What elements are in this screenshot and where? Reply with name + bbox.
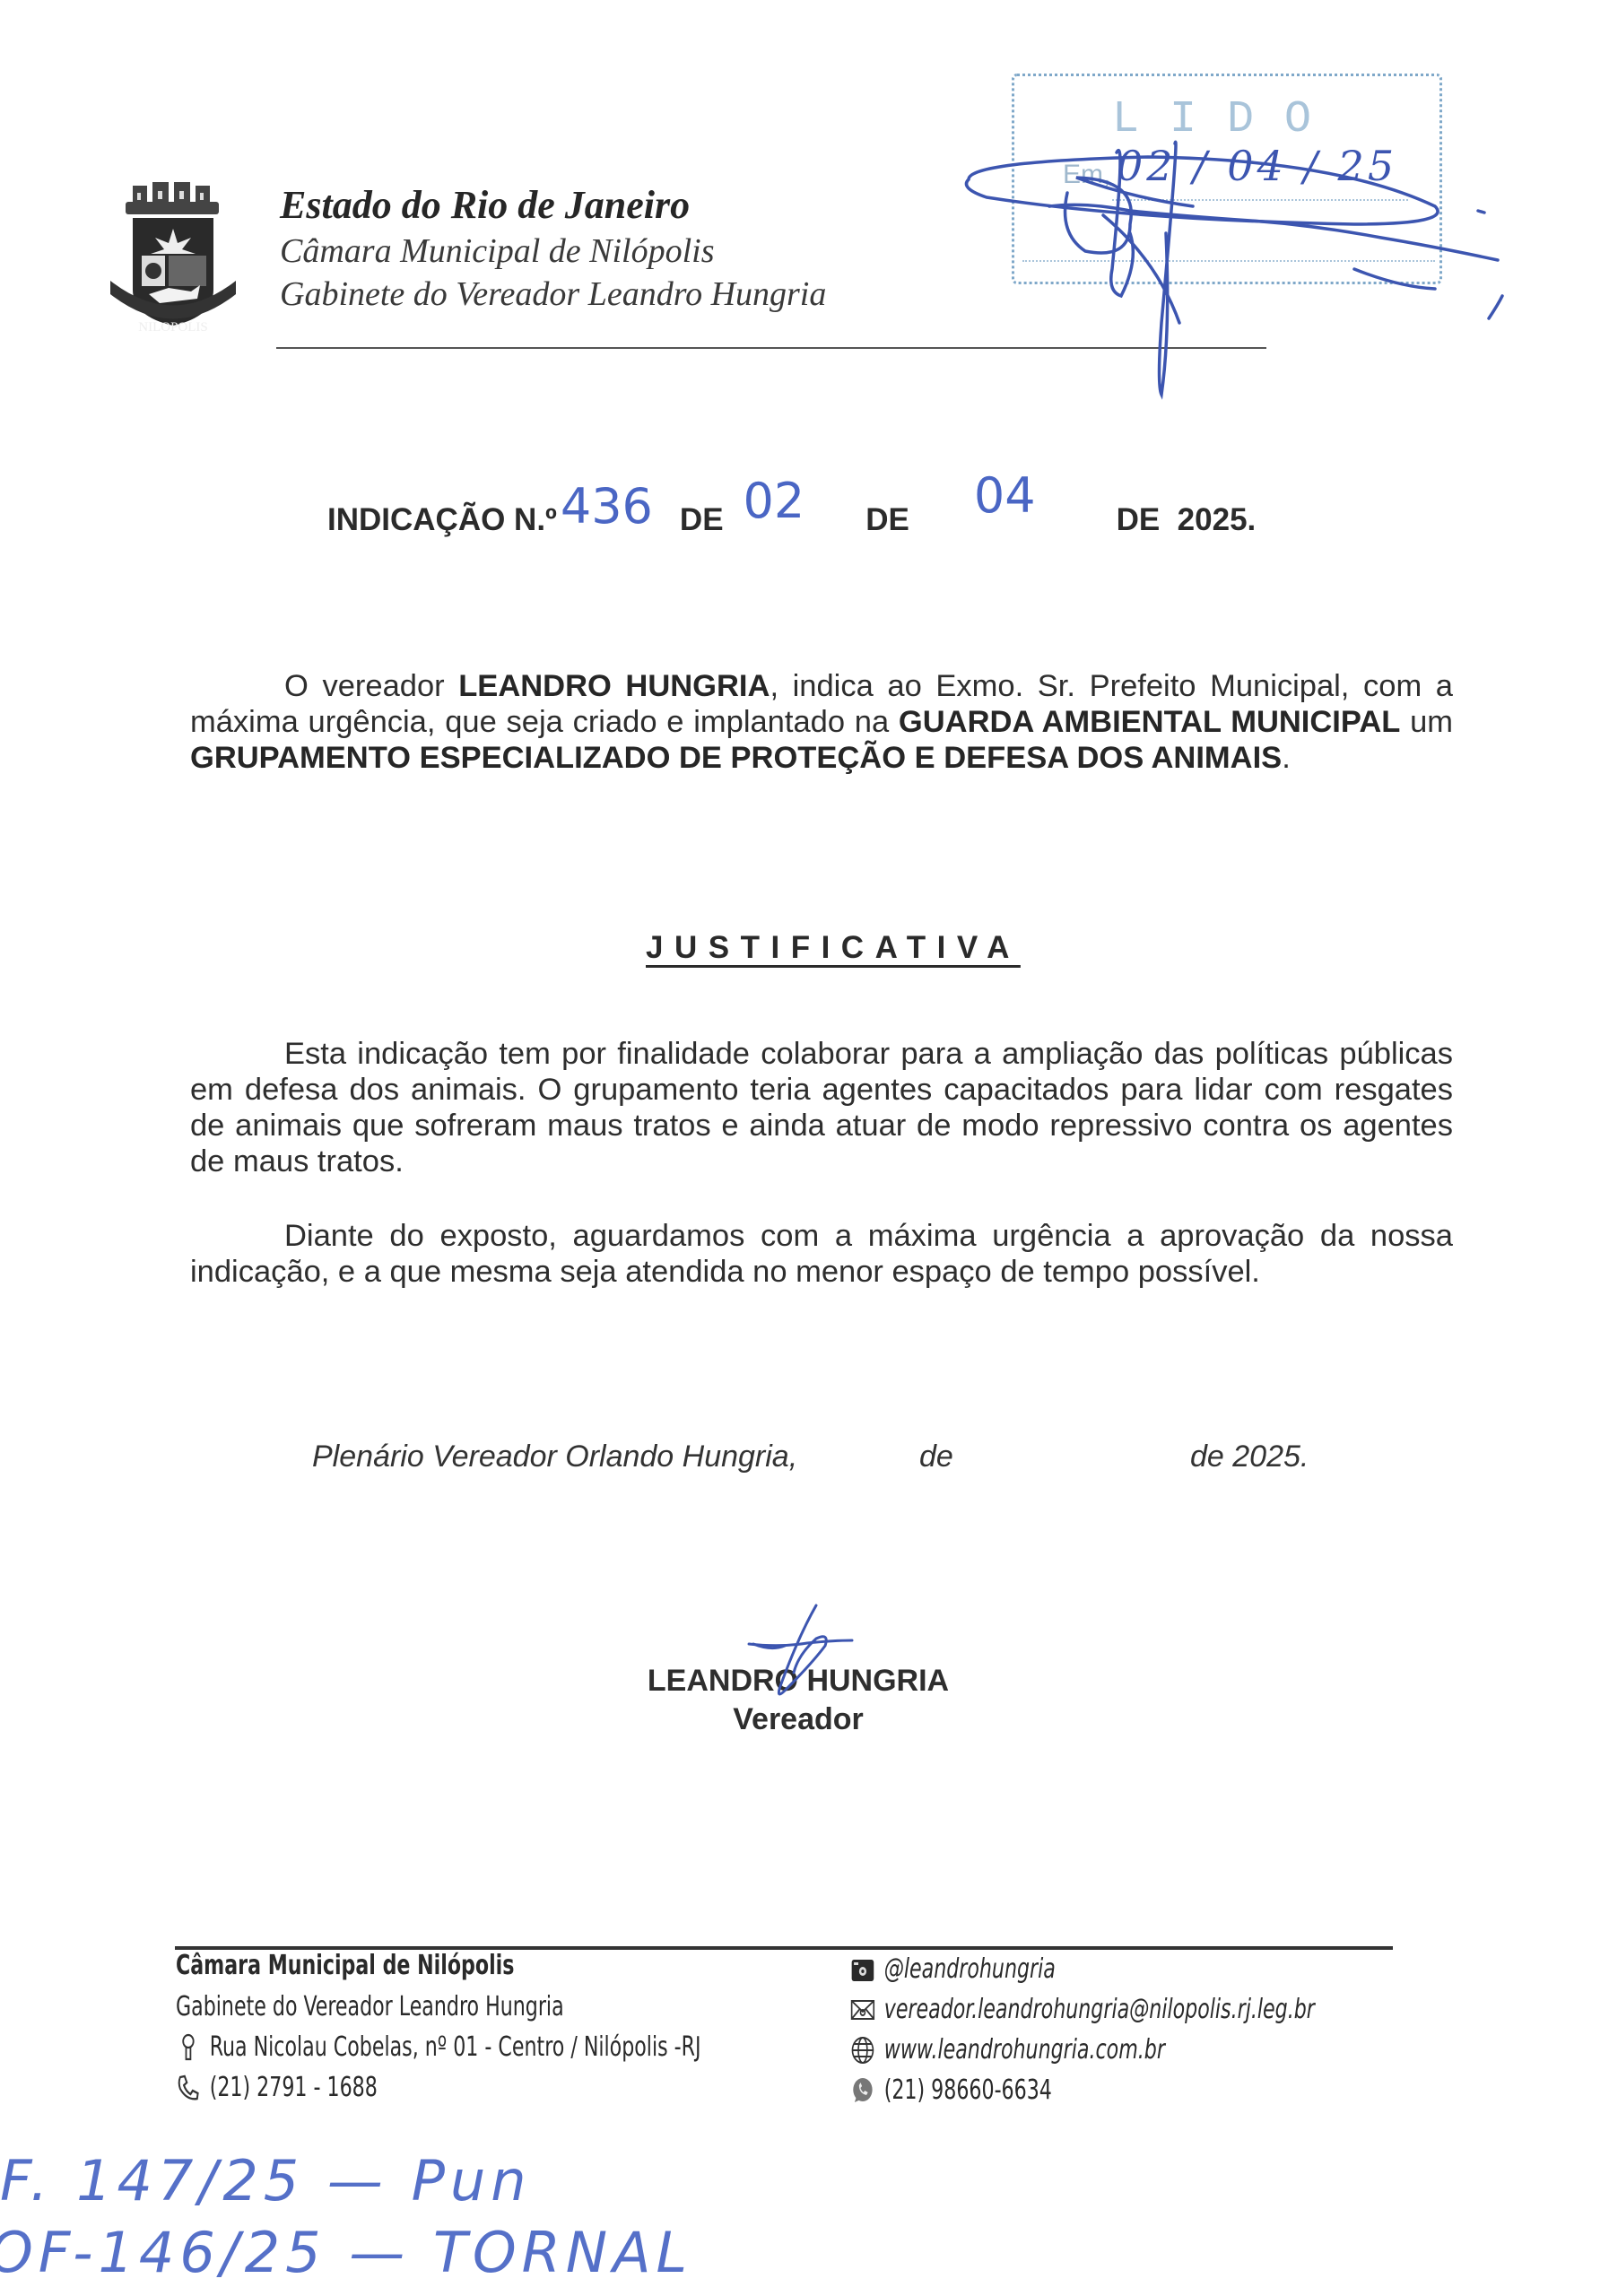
phone-icon [176,2073,201,2103]
signature-scribble-icon [744,1601,861,1700]
body-text: O vereador [284,669,458,703]
closing-day-blank: de [919,1439,953,1474]
signatory-role: Vereador [628,1702,969,1737]
camera-icon [850,1954,875,1985]
footer-phone: (21) 2791 - 1688 [176,2072,378,2103]
justificativa-heading: JUSTIFICATIVA [646,930,997,966]
footer-whatsapp[interactable]: (21) 98660-6634 [850,2074,1052,2106]
justificativa-paragraph-2: Diante do exposto, aguardamos com a máxi… [190,1218,1453,1290]
envelope-icon [850,1995,875,2025]
indicacao-day: 02 [744,477,805,526]
indicacao-body-paragraph: O vereador LEANDRO HUNGRIA, indica ao Ex… [190,668,1453,776]
justificativa-paragraph-1: Esta indicação tem por finalidade colabo… [190,1036,1453,1179]
footer-website[interactable]: www.leandrohungria.com.br [850,2034,1165,2066]
footer-instagram-text[interactable]: @leandrohungria [884,1953,1056,1985]
header-state-title: Estado do Rio de Janeiro [280,182,690,228]
whatsapp-icon [850,2075,875,2106]
closing-year: de 2025. [1190,1439,1309,1474]
indicacao-label: INDICAÇÃO N.º [327,502,557,538]
emphasized-text: LEANDRO HUNGRIA [458,669,770,703]
footer-org-text: Câmara Municipal de Nilópolis [176,1950,514,1981]
indicacao-de-1: DE [680,502,724,538]
emphasized-text: GRUPAMENTO ESPECIALIZADO DE PROTEÇÃO E D… [190,741,1282,775]
header-office-name: Gabinete do Vereador Leandro Hungria [280,274,826,314]
closing-place: Plenário Vereador Orlando Hungria, [312,1439,797,1474]
footer-phone-text: (21) 2791 - 1688 [210,2072,378,2103]
footer-email-text[interactable]: vereador.leandrohungria@nilopolis.rj.leg… [884,1994,1315,2025]
footer-address-text: Rua Nicolau Cobelas, nº 01 - Centro / Ni… [210,2031,701,2063]
stamp-signature-scribble-icon [951,126,1525,404]
indicacao-year: DE 2025. [1117,502,1257,538]
svg-text:NILOPOLIS: NILOPOLIS [138,320,208,335]
handwritten-note-2: OF-146/25 — TORNAL [0,2220,692,2285]
coat-of-arms-icon: NILOPOLIS [106,182,240,339]
footer-instagram[interactable]: @leandrohungria [850,1953,1056,1985]
footer-email[interactable]: vereador.leandrohungria@nilopolis.rj.leg… [850,1994,1315,2025]
header-chamber-name: Câmara Municipal de Nilópolis [280,231,715,271]
indicacao-number: 436 [561,483,653,531]
map-pin-icon [176,2032,201,2063]
body-text: um [1400,705,1453,739]
indicacao-title-row: INDICAÇÃO N.º 436 DE 02 DE 04 DE 2025. [327,466,1256,538]
indicacao-month: 04 [974,472,1036,520]
indicacao-de-2: DE [865,502,909,538]
footer-address: Rua Nicolau Cobelas, nº 01 - Centro / Ni… [176,2031,701,2063]
globe-icon [850,2035,875,2066]
footer-office-text: Gabinete do Vereador Leandro Hungria [176,1991,564,2022]
footer-office: Gabinete do Vereador Leandro Hungria [176,1991,564,2022]
footer-org-name: Câmara Municipal de Nilópolis [176,1950,514,1981]
footer-website-text[interactable]: www.leandrohungria.com.br [884,2034,1165,2066]
body-text: . [1282,741,1291,775]
handwritten-note-1: F. 147/25 — Pun [0,2148,532,2213]
footer-whatsapp-text[interactable]: (21) 98660-6634 [884,2074,1052,2106]
emphasized-text: GUARDA AMBIENTAL MUNICIPAL [899,705,1400,739]
